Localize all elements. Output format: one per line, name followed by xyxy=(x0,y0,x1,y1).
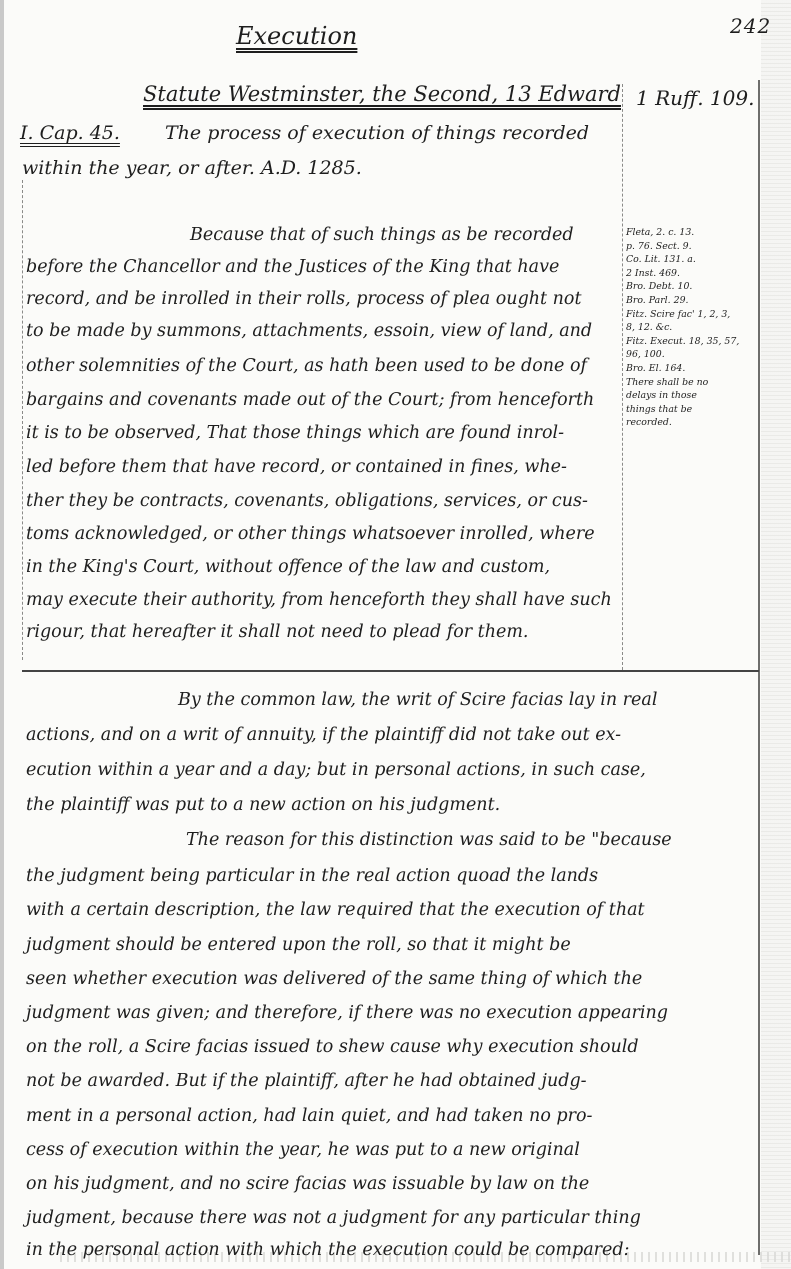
margin-note: Bro. Debt. 10. xyxy=(626,280,754,294)
text-line: judgment was given; and therefore, if th… xyxy=(26,1003,668,1023)
text-line: in the King's Court, without offence of … xyxy=(26,557,550,577)
scan-edge-left xyxy=(0,0,4,1269)
margin-note: 2 Inst. 469. xyxy=(626,267,754,281)
text-line: on the roll, a Scire facias issued to sh… xyxy=(26,1037,639,1057)
text-line: The reason for this distinction was said… xyxy=(186,830,672,850)
margin-column-rule xyxy=(622,84,623,670)
text-line: ecution within a year and a day; but in … xyxy=(26,760,646,780)
text-line: toms acknowledged, or other things whats… xyxy=(26,524,595,544)
text-line: judgment, because there was not a judgme… xyxy=(26,1208,641,1228)
page-title: Execution xyxy=(236,22,357,50)
text-line: seen whether execution was delivered of … xyxy=(26,969,642,989)
marginal-citation: 1 Ruff. 109. xyxy=(636,86,754,110)
text-line: led before them that have record, or con… xyxy=(26,457,567,477)
chapter-title: The process of execution of things recor… xyxy=(165,122,589,144)
text-line: other solemnities of the Court, as hath … xyxy=(26,356,587,376)
right-border-rule xyxy=(758,80,760,1255)
margin-note: Bro. El. 164. xyxy=(626,362,754,376)
margin-note: Fleta, 2. c. 13. xyxy=(626,226,754,240)
text-line: the plaintiff was put to a new action on… xyxy=(26,795,500,815)
text-line: may execute their authority, from hencef… xyxy=(26,590,612,610)
margin-note: delays in those xyxy=(626,389,754,403)
text-line: actions, and on a writ of annuity, if th… xyxy=(26,725,621,745)
text-line: rigour, that hereafter it shall not need… xyxy=(26,622,528,642)
statute-heading: Statute Westminster, the Second, 13 Edwa… xyxy=(143,82,621,106)
chapter-title-continued: within the year, or after. A.D. 1285. xyxy=(22,157,362,179)
margin-notes: Fleta, 2. c. 13. p. 76. Sect. 9. Co. Lit… xyxy=(626,226,756,430)
margin-note: Fitz. Execut. 18, 35, 57, xyxy=(626,335,754,349)
text-line: on his judgment, and no scire facias was… xyxy=(26,1174,589,1194)
text-line: it is to be observed, That those things … xyxy=(26,423,564,443)
margin-note: Bro. Parl. 29. xyxy=(626,294,754,308)
text-line: bargains and covenants made out of the C… xyxy=(26,390,594,410)
text-line: cess of execution within the year, he wa… xyxy=(26,1140,580,1160)
text-line: to be made by summons, attachments, esso… xyxy=(26,321,592,341)
margin-note: p. 76. Sect. 9. xyxy=(626,240,754,254)
text-line: not be awarded. But if the plaintiff, af… xyxy=(26,1071,587,1091)
margin-note: Fitz. Scire fac' 1, 2, 3, xyxy=(626,308,754,322)
margin-note: There shall be no xyxy=(626,376,754,390)
margin-note: things that be xyxy=(626,403,754,417)
text-line: record, and be inrolled in their rolls, … xyxy=(26,289,581,309)
margin-note: 8, 12. &c. xyxy=(626,321,754,335)
page-number: 242 xyxy=(730,14,771,38)
text-line: ther they be contracts, covenants, oblig… xyxy=(26,491,588,511)
text-line: By the common law, the writ of Scire fac… xyxy=(178,690,657,710)
text-line: before the Chancellor and the Justices o… xyxy=(26,257,559,277)
text-line: ment in a personal action, had lain quie… xyxy=(26,1106,592,1126)
text-line: judgment should be entered upon the roll… xyxy=(26,935,571,955)
left-margin-rule xyxy=(22,180,23,660)
text-line: with a certain description, the law requ… xyxy=(26,900,645,920)
margin-note: 96, 100. xyxy=(626,348,754,362)
margin-note: Co. Lit. 131. a. xyxy=(626,253,754,267)
text-line: in the personal action with which the ex… xyxy=(26,1240,629,1260)
chapter-label: I. Cap. 45. xyxy=(20,122,120,144)
scan-edge-right xyxy=(761,0,791,1269)
text-line: the judgment being particular in the rea… xyxy=(26,866,598,886)
section-divider xyxy=(22,670,759,672)
margin-note: recorded. xyxy=(626,416,754,430)
text-line: Because that of such things as be record… xyxy=(190,225,574,245)
